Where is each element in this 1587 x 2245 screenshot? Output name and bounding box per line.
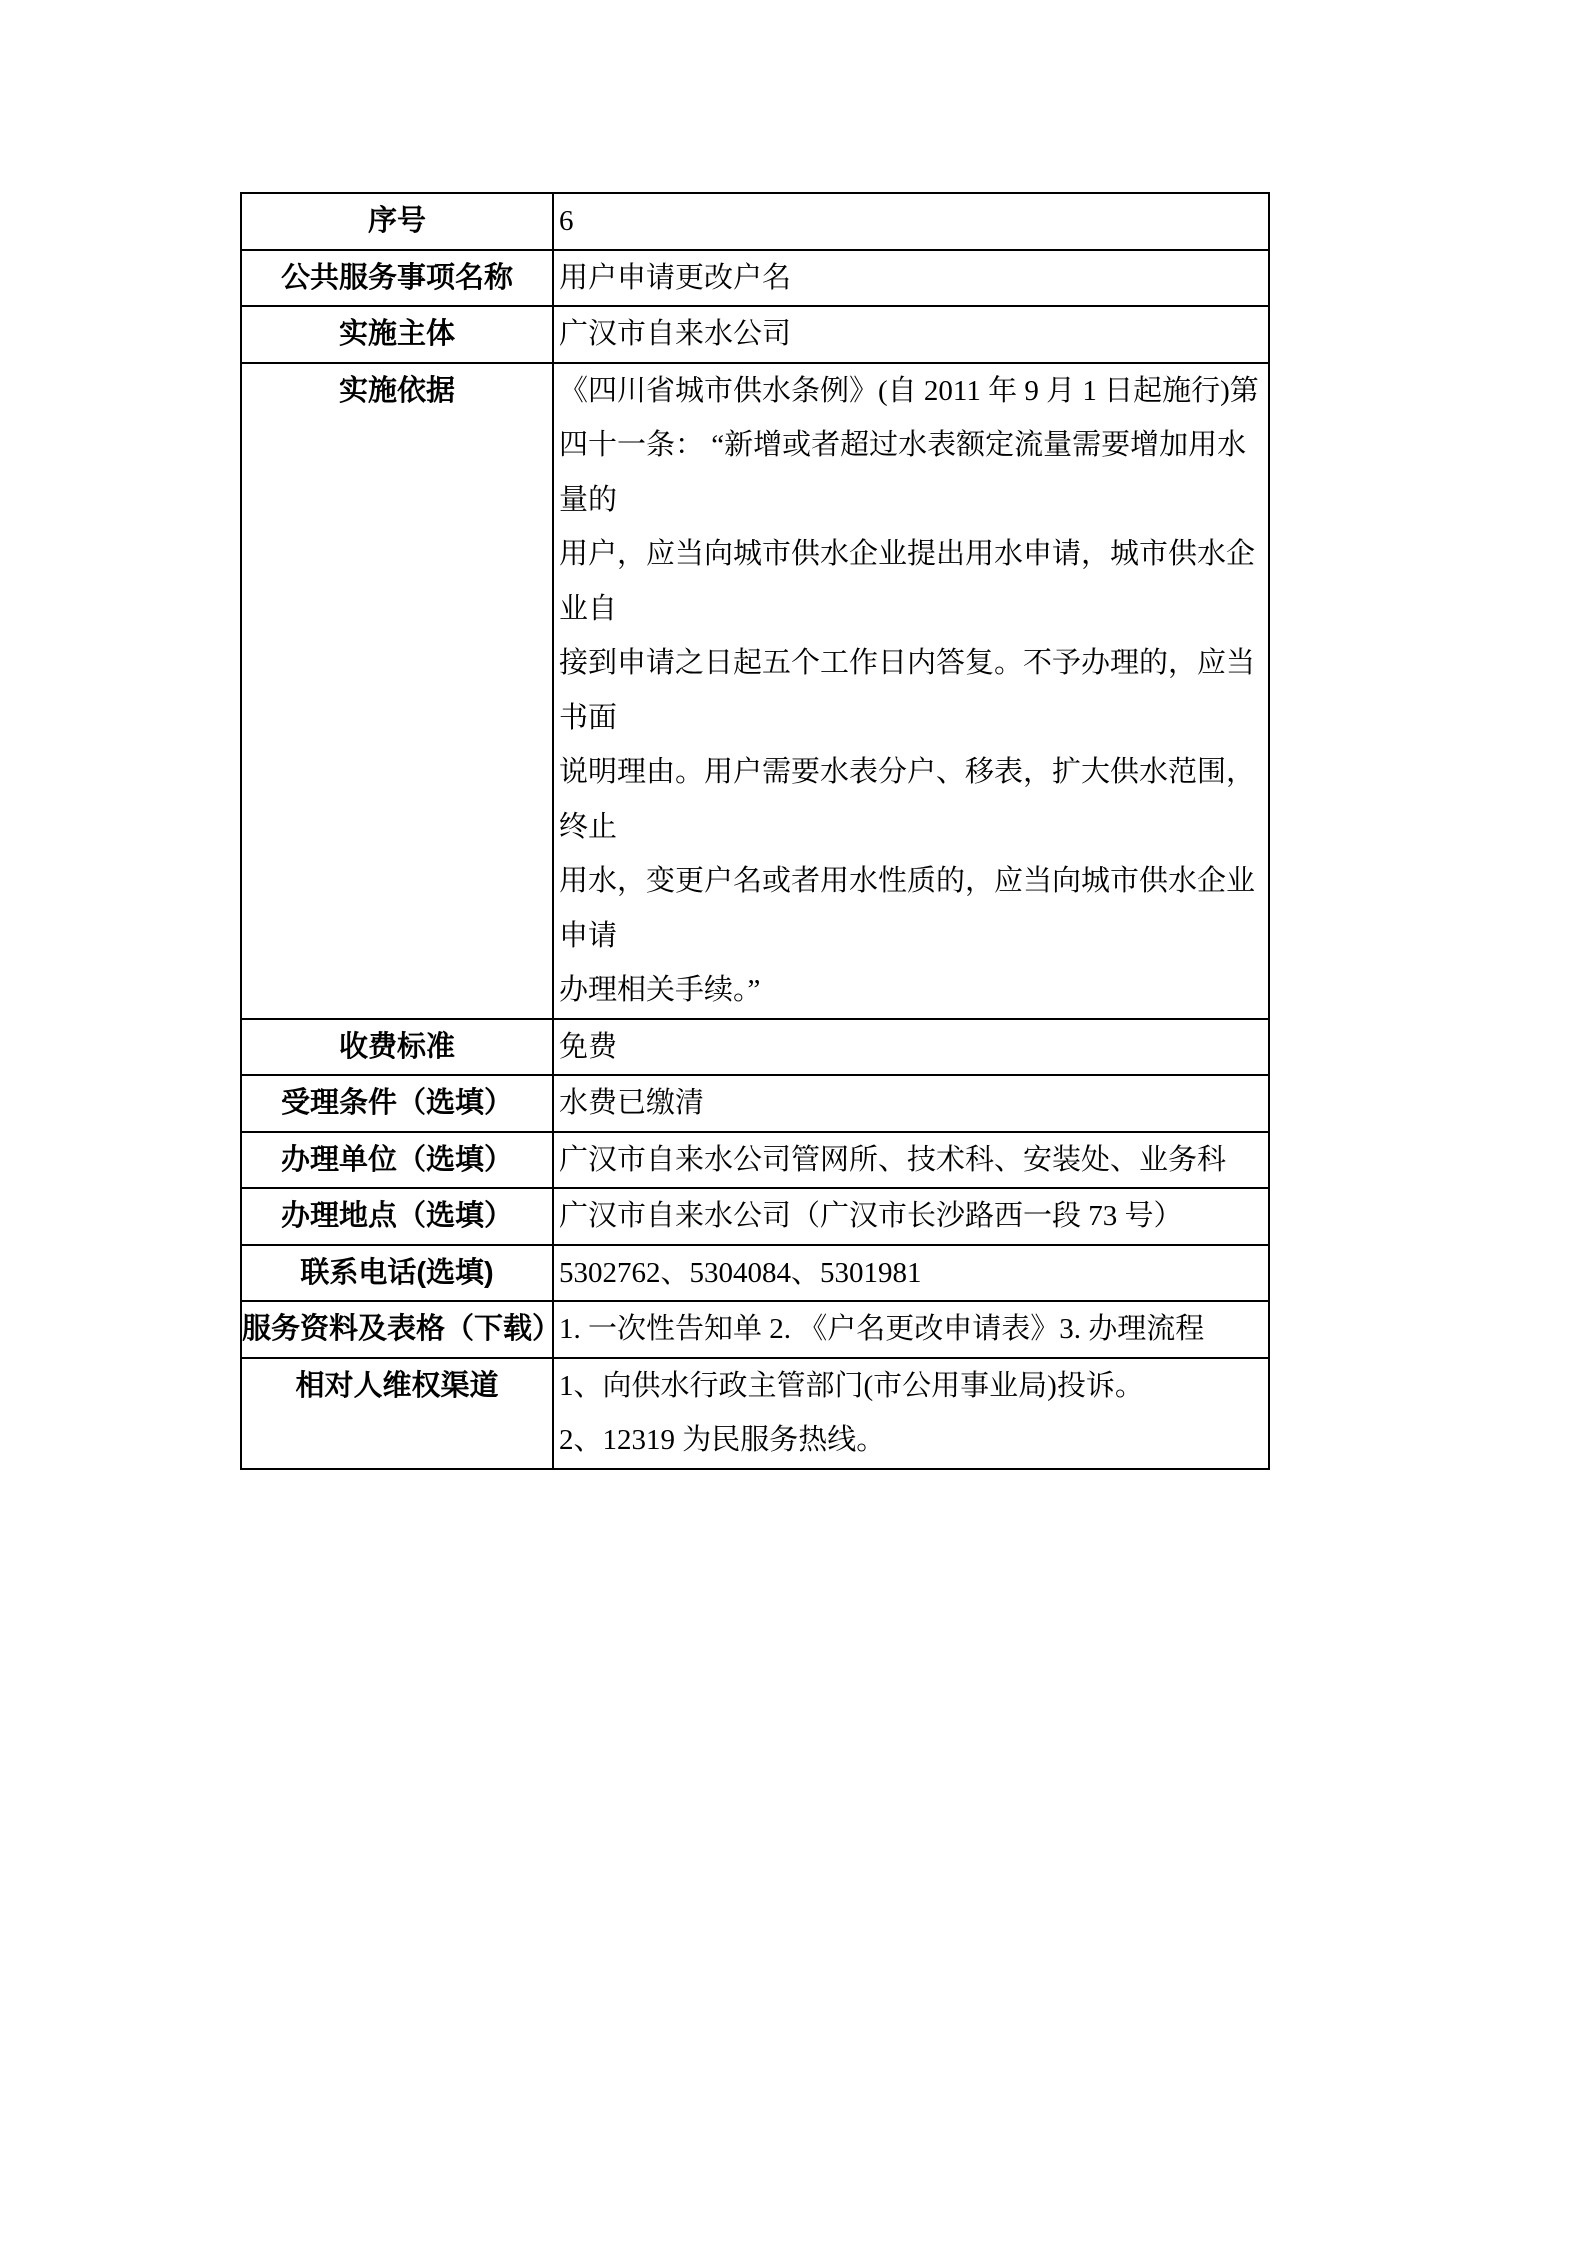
table-row: 联系电话(选填)5302762、5304084、5301981 <box>241 1245 1269 1302</box>
row-value: 广汉市自来水公司（广汉市长沙路西一段 73 号） <box>553 1188 1269 1245</box>
row-value: 1. 一次性告知单 2. 《户名更改申请表》3. 办理流程 <box>553 1301 1269 1358</box>
value-line: 说明理由。用户需要水表分户、移表，扩大供水范围， <box>554 745 1268 800</box>
value-line: 广汉市自来水公司管网所、技术科、安装处、业务科 <box>554 1133 1268 1188</box>
value-line: 量的 <box>554 473 1268 528</box>
table-row: 收费标准免费 <box>241 1019 1269 1076</box>
table-row: 办理地点（选填）广汉市自来水公司（广汉市长沙路西一段 73 号） <box>241 1188 1269 1245</box>
row-label: 办理单位（选填） <box>241 1132 553 1189</box>
row-label: 受理条件（选填） <box>241 1075 553 1132</box>
value-line: 免费 <box>554 1020 1268 1075</box>
value-line: 书面 <box>554 691 1268 746</box>
row-value: 1、向供水行政主管部门(市公用事业局)投诉。2、12319 为民服务热线。 <box>553 1358 1269 1469</box>
row-label: 公共服务事项名称 <box>241 250 553 307</box>
row-value: 6 <box>553 193 1269 250</box>
value-line: 5302762、5304084、5301981 <box>554 1246 1268 1301</box>
row-value: 用户申请更改户名 <box>553 250 1269 307</box>
value-line: 办理相关手续。” <box>554 963 1268 1018</box>
document-page: 序号6公共服务事项名称用户申请更改户名实施主体广汉市自来水公司实施依据《四川省城… <box>0 0 1587 2245</box>
row-label: 办理地点（选填） <box>241 1188 553 1245</box>
row-value: 免费 <box>553 1019 1269 1076</box>
value-line: 广汉市自来水公司 <box>554 307 1268 362</box>
value-line: 接到申请之日起五个工作日内答复。不予办理的，应当 <box>554 636 1268 691</box>
value-line: 四十一条： “新增或者超过水表额定流量需要增加用水 <box>554 418 1268 473</box>
value-line: 终止 <box>554 800 1268 855</box>
row-label: 相对人维权渠道 <box>241 1358 553 1469</box>
table-row: 受理条件（选填）水费已缴清 <box>241 1075 1269 1132</box>
value-line: 用户，应当向城市供水企业提出用水申请，城市供水企 <box>554 527 1268 582</box>
service-info-table: 序号6公共服务事项名称用户申请更改户名实施主体广汉市自来水公司实施依据《四川省城… <box>240 192 1270 1470</box>
row-value: 5302762、5304084、5301981 <box>553 1245 1269 1302</box>
value-line: 用户申请更改户名 <box>554 251 1268 306</box>
value-line: 业自 <box>554 582 1268 637</box>
value-line: 水费已缴清 <box>554 1076 1268 1131</box>
table-row: 服务资料及表格（下载）1. 一次性告知单 2. 《户名更改申请表》3. 办理流程 <box>241 1301 1269 1358</box>
value-line: 1. 一次性告知单 2. 《户名更改申请表》3. 办理流程 <box>554 1302 1268 1357</box>
row-label: 服务资料及表格（下载） <box>241 1301 553 1358</box>
value-line: 用水，变更户名或者用水性质的，应当向城市供水企业 <box>554 854 1268 909</box>
service-info-table-body: 序号6公共服务事项名称用户申请更改户名实施主体广汉市自来水公司实施依据《四川省城… <box>241 193 1269 1469</box>
table-row: 序号6 <box>241 193 1269 250</box>
row-label: 序号 <box>241 193 553 250</box>
table-row: 相对人维权渠道1、向供水行政主管部门(市公用事业局)投诉。2、12319 为民服… <box>241 1358 1269 1469</box>
row-value: 《四川省城市供水条例》(自 2011 年 9 月 1 日起施行)第四十一条： “… <box>553 363 1269 1019</box>
value-line: 6 <box>554 194 1268 249</box>
value-line: 《四川省城市供水条例》(自 2011 年 9 月 1 日起施行)第 <box>554 364 1268 419</box>
value-line: 1、向供水行政主管部门(市公用事业局)投诉。 <box>554 1359 1268 1414</box>
value-line: 申请 <box>554 909 1268 964</box>
value-line: 2、12319 为民服务热线。 <box>554 1413 1268 1468</box>
table-row: 实施依据《四川省城市供水条例》(自 2011 年 9 月 1 日起施行)第四十一… <box>241 363 1269 1019</box>
table-row: 办理单位（选填）广汉市自来水公司管网所、技术科、安装处、业务科 <box>241 1132 1269 1189</box>
row-label: 收费标准 <box>241 1019 553 1076</box>
row-value: 水费已缴清 <box>553 1075 1269 1132</box>
value-line: 广汉市自来水公司（广汉市长沙路西一段 73 号） <box>554 1189 1268 1244</box>
row-value: 广汉市自来水公司 <box>553 306 1269 363</box>
table-row: 实施主体广汉市自来水公司 <box>241 306 1269 363</box>
row-label: 实施依据 <box>241 363 553 1019</box>
row-label: 联系电话(选填) <box>241 1245 553 1302</box>
table-row: 公共服务事项名称用户申请更改户名 <box>241 250 1269 307</box>
row-value: 广汉市自来水公司管网所、技术科、安装处、业务科 <box>553 1132 1269 1189</box>
row-label: 实施主体 <box>241 306 553 363</box>
